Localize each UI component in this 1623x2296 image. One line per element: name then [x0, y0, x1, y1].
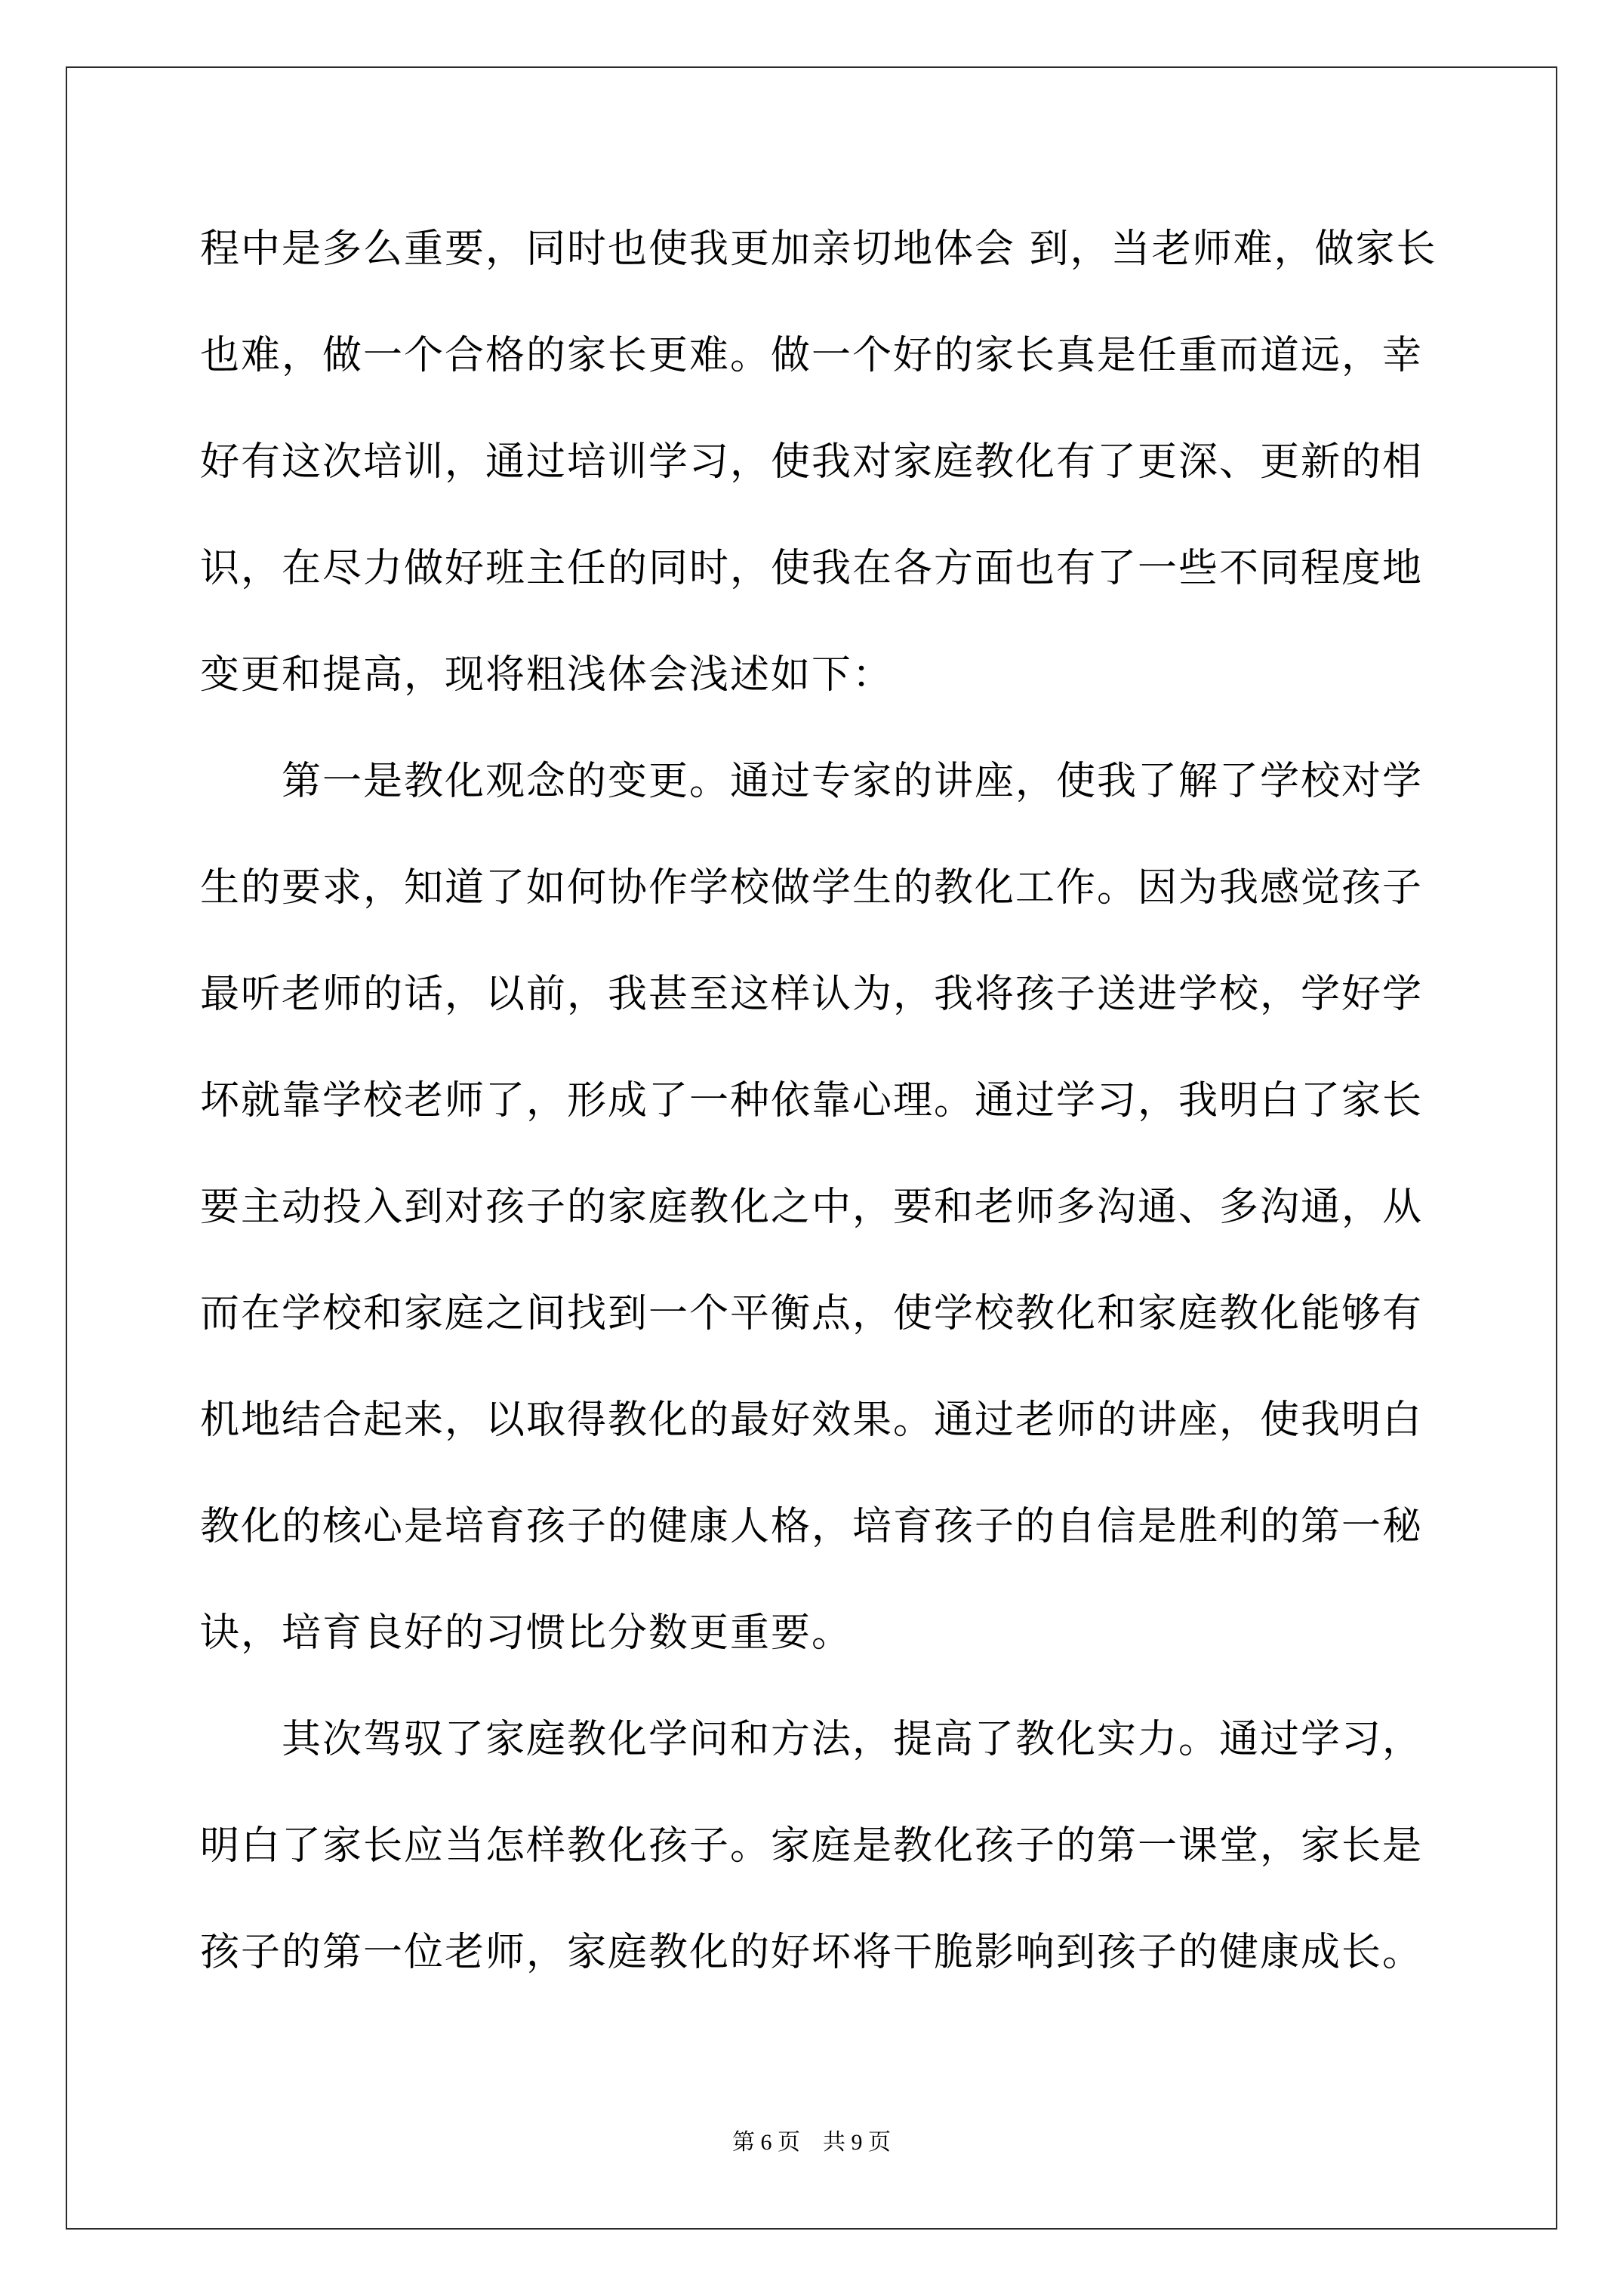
- document-body: 程中是多么重要，同时也使我更加亲切地体会 到，当老师难，做家长 也难，做一个合格…: [200, 196, 1423, 2006]
- page-number-footer: 第 6 页 共 9 页: [0, 2128, 1623, 2158]
- paragraph-first-line: 第一是教化观念的变更。通过专家的讲座，使我了解了学校对学: [200, 729, 1423, 835]
- text-line: 要主动投入到对孩子的家庭教化之中，要和老师多沟通、多沟通，从: [200, 1154, 1423, 1261]
- text-line: 明白了家长应当怎样教化孩子。家庭是教化孩子的第一课堂，家长是: [200, 1793, 1423, 1900]
- text-line: 也难，做一个合格的家长更难。做一个好的家长真是任重而道远，幸: [200, 303, 1423, 409]
- text-line: 孩子的第一位老师，家庭教化的好坏将干脆影响到孩子的健康成长。: [200, 1900, 1423, 2006]
- text-line: 坏就靠学校老师了，形成了一种依靠心理。通过学习，我明白了家长: [200, 1048, 1423, 1154]
- text-line: 程中是多么重要，同时也使我更加亲切地体会 到，当老师难，做家长: [200, 196, 1423, 303]
- text-line: 机地结合起来，以取得教化的最好效果。通过老师的讲座，使我明白: [200, 1367, 1423, 1474]
- paragraph-first-line: 其次驾驭了家庭教化学问和方法，提高了教化实力。通过学习，: [200, 1687, 1423, 1793]
- text-line: 好有这次培训，通过培训学习，使我对家庭教化有了更深、更新的相: [200, 409, 1423, 516]
- text-line: 生的要求，知道了如何协作学校做学生的教化工作。因为我感觉孩子: [200, 835, 1423, 942]
- text-line: 而在学校和家庭之间找到一个平衡点，使学校教化和家庭教化能够有: [200, 1261, 1423, 1367]
- text-line: 识，在尽力做好班主任的同时，使我在各方面也有了一些不同程度地: [200, 516, 1423, 622]
- text-line: 最听老师的话，以前，我甚至这样认为，我将孩子送进学校，学好学: [200, 942, 1423, 1048]
- text-line: 诀，培育良好的习惯比分数更重要。: [200, 1580, 1423, 1687]
- text-line: 变更和提高，现将粗浅体会浅述如下：: [200, 622, 1423, 729]
- text-line: 教化的核心是培育孩子的健康人格，培育孩子的自信是胜利的第一秘: [200, 1474, 1423, 1580]
